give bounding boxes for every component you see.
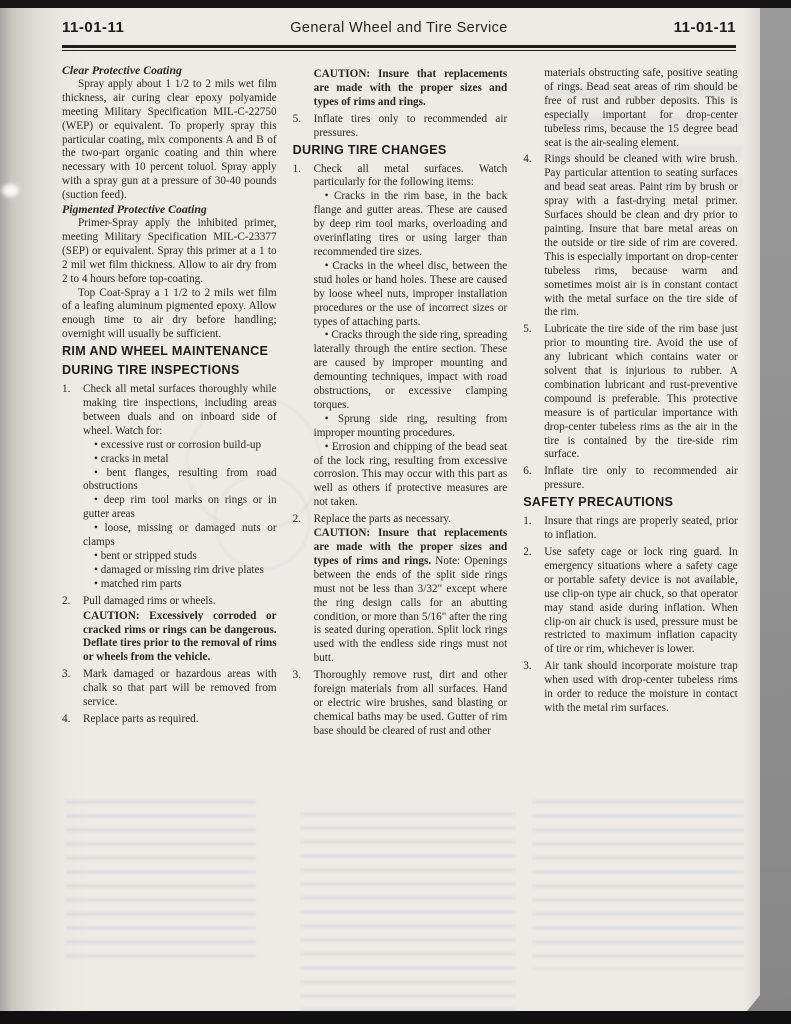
bullet-item: Sprung side ring, resulting from imprope… (314, 413, 508, 441)
bullet-item: bent flanges, resulting from road obstru… (83, 467, 277, 495)
bullet-item: Cracks through the side ring, spreading … (314, 329, 508, 412)
bullet-item: bent or stripped studs (83, 550, 277, 564)
column-2: CAUTION: Insure that replacements are ma… (293, 64, 508, 739)
list-item-text: Thoroughly remove rust, dirt and other f… (314, 669, 508, 739)
page-number-right: 11-01-11 (674, 19, 736, 36)
paragraph-primer-spray: Primer-Spray apply the inhibited primer,… (62, 217, 277, 287)
list-item-text: Rings should be cleaned with wire brush.… (544, 153, 738, 320)
list-item-2: 2. Use safety cage or lock ring guard. I… (523, 546, 738, 657)
list-item-3: 3. Mark damaged or hazardous areas with … (62, 668, 277, 710)
bullet-item: loose, missing or damaged nuts or clamps (83, 522, 277, 550)
list-item-text: Lubricate the tire side of the rim base … (544, 323, 738, 462)
scan-edge-top (0, 0, 791, 8)
list-item-2: 2. Replace the parts as necessary. CAUTI… (293, 513, 508, 666)
bullet-item: deep rim tool marks on rings or in gutte… (83, 494, 277, 522)
list-item-text: Insure that rings are properly seated, p… (544, 515, 738, 543)
bullet-item: damaged or missing rim drive plates (83, 564, 277, 578)
list-item-5: 5. Lubricate the tire side of the rim ba… (523, 323, 738, 462)
page-blemish-spot (2, 184, 19, 197)
paragraph-top-coat: Top Coat-Spray a 1 1/2 to 2 mils wet fil… (62, 287, 277, 343)
scanned-page: 11-01-11 General Wheel and Tire Service … (0, 0, 791, 1024)
section-heading-safety-precautions: SAFETY PRECAUTIONS (523, 493, 738, 512)
list-item-text: Mark damaged or hazardous areas with cha… (83, 668, 277, 710)
page-title: General Wheel and Tire Service (62, 20, 736, 36)
list-item-text: Replace the parts as necessary. (314, 513, 508, 527)
list-number: 1. (293, 163, 314, 511)
list-item-text: Check all metal surfaces thoroughly whil… (83, 383, 277, 439)
list-item-1: 1. Insure that rings are properly seated… (523, 515, 738, 543)
text-columns: Clear Protective Coating Spray apply abo… (62, 64, 738, 739)
list-number: 5. (293, 113, 314, 141)
list-item-text: Check all metal surfaces. Watch particul… (314, 163, 508, 191)
list-number: 4. (523, 153, 544, 320)
list-item-text: materials obstructing safe, positive sea… (544, 67, 738, 150)
list-item-2: 2. Pull damaged rims or wheels. CAUTION:… (62, 595, 277, 666)
list-number: 2. (293, 513, 314, 666)
bullet-item: matched rim parts (83, 578, 277, 592)
bullet-item: excessive rust or corrosion build-up (83, 439, 277, 453)
continuation-paragraph: materials obstructing safe, positive sea… (523, 67, 738, 150)
list-number: 6. (523, 465, 544, 493)
list-number: 2. (523, 546, 544, 657)
page-header: 11-01-11 General Wheel and Tire Service … (62, 19, 736, 43)
list-number (293, 67, 314, 110)
list-item-5: 5. Inflate tires only to recommended air… (293, 113, 508, 141)
list-number: 5. (523, 323, 544, 462)
subheading-pigmented-protective-coating: Pigmented Protective Coating (62, 203, 277, 217)
list-item-1: 1. Check all metal surfaces. Watch parti… (293, 163, 508, 511)
note-text: Note: Openings between the ends of the s… (314, 555, 508, 664)
list-item-3: 3. Thoroughly remove rust, dirt and othe… (293, 669, 508, 739)
caution-continuation: CAUTION: Insure that replacements are ma… (293, 67, 508, 110)
scan-edge-bottom (0, 1011, 791, 1024)
bullet-item: cracks in metal (83, 453, 277, 467)
bullet-item: Cracks in the rim base, in the back flan… (314, 190, 508, 260)
list-number (523, 67, 544, 150)
list-number: 3. (523, 660, 544, 716)
list-number: 3. (293, 669, 314, 739)
list-item-text: Pull damaged rims or wheels. (83, 595, 277, 609)
bullet-item: Errosion and chipping of the bead seat o… (314, 441, 508, 511)
list-item-text: Inflate tires only to recommended air pr… (314, 113, 508, 141)
header-rule (62, 45, 736, 51)
list-item-text: Replace parts as required. (83, 713, 277, 727)
list-number: 1. (62, 383, 83, 592)
list-item-text: Air tank should incorporate moisture tra… (544, 660, 738, 716)
list-item-text: Use safety cage or lock ring guard. In e… (544, 546, 738, 657)
section-heading-during-tire-changes: DURING TIRE CHANGES (293, 141, 508, 160)
list-number: 4. (62, 713, 83, 727)
paragraph-clear-coating: Spray apply about 1 1/2 to 2 mils wet fi… (62, 78, 277, 203)
list-item-6: 6. Inflate tire only to recommended air … (523, 465, 738, 493)
list-number: 3. (62, 668, 83, 710)
caution-text: CAUTION: Insure that replacements are ma… (314, 68, 508, 110)
list-item-4: 4. Rings should be cleaned with wire bru… (523, 153, 738, 320)
subheading-clear-protective-coating: Clear Protective Coating (62, 64, 277, 78)
section-heading-rim-wheel-maintenance: RIM AND WHEEL MAINTENANCE DURING TIRE IN… (62, 342, 277, 380)
column-1: Clear Protective Coating Spray apply abo… (62, 64, 277, 739)
caution-note-paragraph: CAUTION: Insure that replacements are ma… (314, 527, 508, 666)
list-item-3: 3. Air tank should incorporate moisture … (523, 660, 738, 716)
list-item-1: 1. Check all metal surfaces thoroughly w… (62, 383, 277, 592)
list-item-text: Inflate tire only to recommended air pre… (544, 465, 738, 493)
list-number: 1. (523, 515, 544, 543)
bullet-item: Cracks in the wheel disc, between the st… (314, 260, 508, 330)
column-3: materials obstructing safe, positive sea… (523, 64, 738, 739)
list-number: 2. (62, 595, 83, 666)
caution-text: CAUTION: Excessively corroded or cracked… (83, 610, 277, 666)
list-item-4: 4. Replace parts as required. (62, 713, 277, 727)
